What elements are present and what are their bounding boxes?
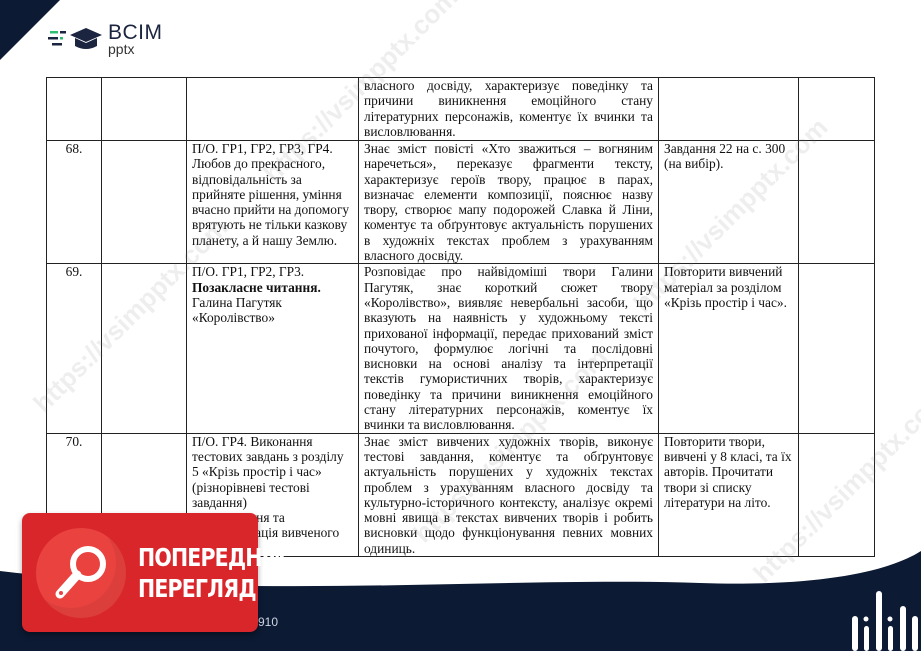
homework-cell	[659, 78, 799, 141]
homework-cell: Завдання 22 на с. 300 (на вибір).	[659, 141, 799, 264]
topic-text: Любов до прекрасного, відповідальність з…	[192, 156, 353, 248]
date-cell	[102, 264, 187, 433]
preview-line-2: ПЕРЕГЛЯД	[138, 573, 285, 604]
topic-cell	[187, 78, 359, 141]
date-cell	[102, 141, 187, 264]
preview-circle	[36, 528, 126, 618]
lesson-number-cell	[47, 78, 102, 141]
note-cell	[799, 264, 875, 433]
magnifier-icon	[46, 538, 116, 608]
topic-cell: П/О. ГР1, ГР2, ГР3, ГР4.Любов до прекрас…	[187, 141, 359, 264]
preview-label: ПОПЕРЕДНІЙ ПЕРЕГЛЯД	[138, 542, 285, 604]
expected-results-cell: Знає зміст повісті «Хто зважиться – вогн…	[359, 141, 659, 264]
note-cell	[799, 141, 875, 264]
graduation-cap-icon	[48, 25, 102, 53]
topic-text: П/О. ГР1, ГР2, ГР3.	[192, 264, 353, 279]
page-number: 910	[258, 615, 278, 629]
note-cell	[799, 78, 875, 141]
homework-cell: Повторити вивчений матеріал за розділом …	[659, 264, 799, 433]
logo-title: BCIM	[108, 22, 163, 43]
topic-heading: Позакласне читання.	[192, 280, 353, 295]
logo-subtitle: pptx	[108, 42, 163, 56]
date-cell	[102, 78, 187, 141]
lesson-number-cell: 69.	[47, 264, 102, 433]
topic-text: П/О. ГР1, ГР2, ГР3, ГР4.	[192, 141, 353, 156]
table-row: власного досвіду, характеризує поведінку…	[47, 78, 875, 141]
preview-badge[interactable]: ПОПЕРЕДНІЙ ПЕРЕГЛЯД	[22, 513, 258, 632]
table-row: 69.П/О. ГР1, ГР2, ГР3.Позакласне читання…	[47, 264, 875, 433]
topic-cell: П/О. ГР1, ГР2, ГР3.Позакласне читання.Га…	[187, 264, 359, 433]
topic-text: П/О. ГР4. Виконання тестових завдань з р…	[192, 434, 353, 510]
topic-text: Галина Пагутяк «Королівство»	[192, 295, 353, 326]
table-row: 68.П/О. ГР1, ГР2, ГР3, ГР4.Любов до прек…	[47, 141, 875, 264]
lesson-plan-table: власного досвіду, характеризує поведінку…	[46, 77, 875, 557]
expected-results-cell: власного досвіду, характеризує поведінку…	[359, 78, 659, 141]
preview-line-1: ПОПЕРЕДНІЙ	[138, 542, 285, 573]
expected-results-cell: Розповідає про найвідоміші твори Галини …	[359, 264, 659, 433]
site-logo[interactable]: BCIM pptx	[48, 22, 163, 56]
lesson-number-cell: 68.	[47, 141, 102, 264]
